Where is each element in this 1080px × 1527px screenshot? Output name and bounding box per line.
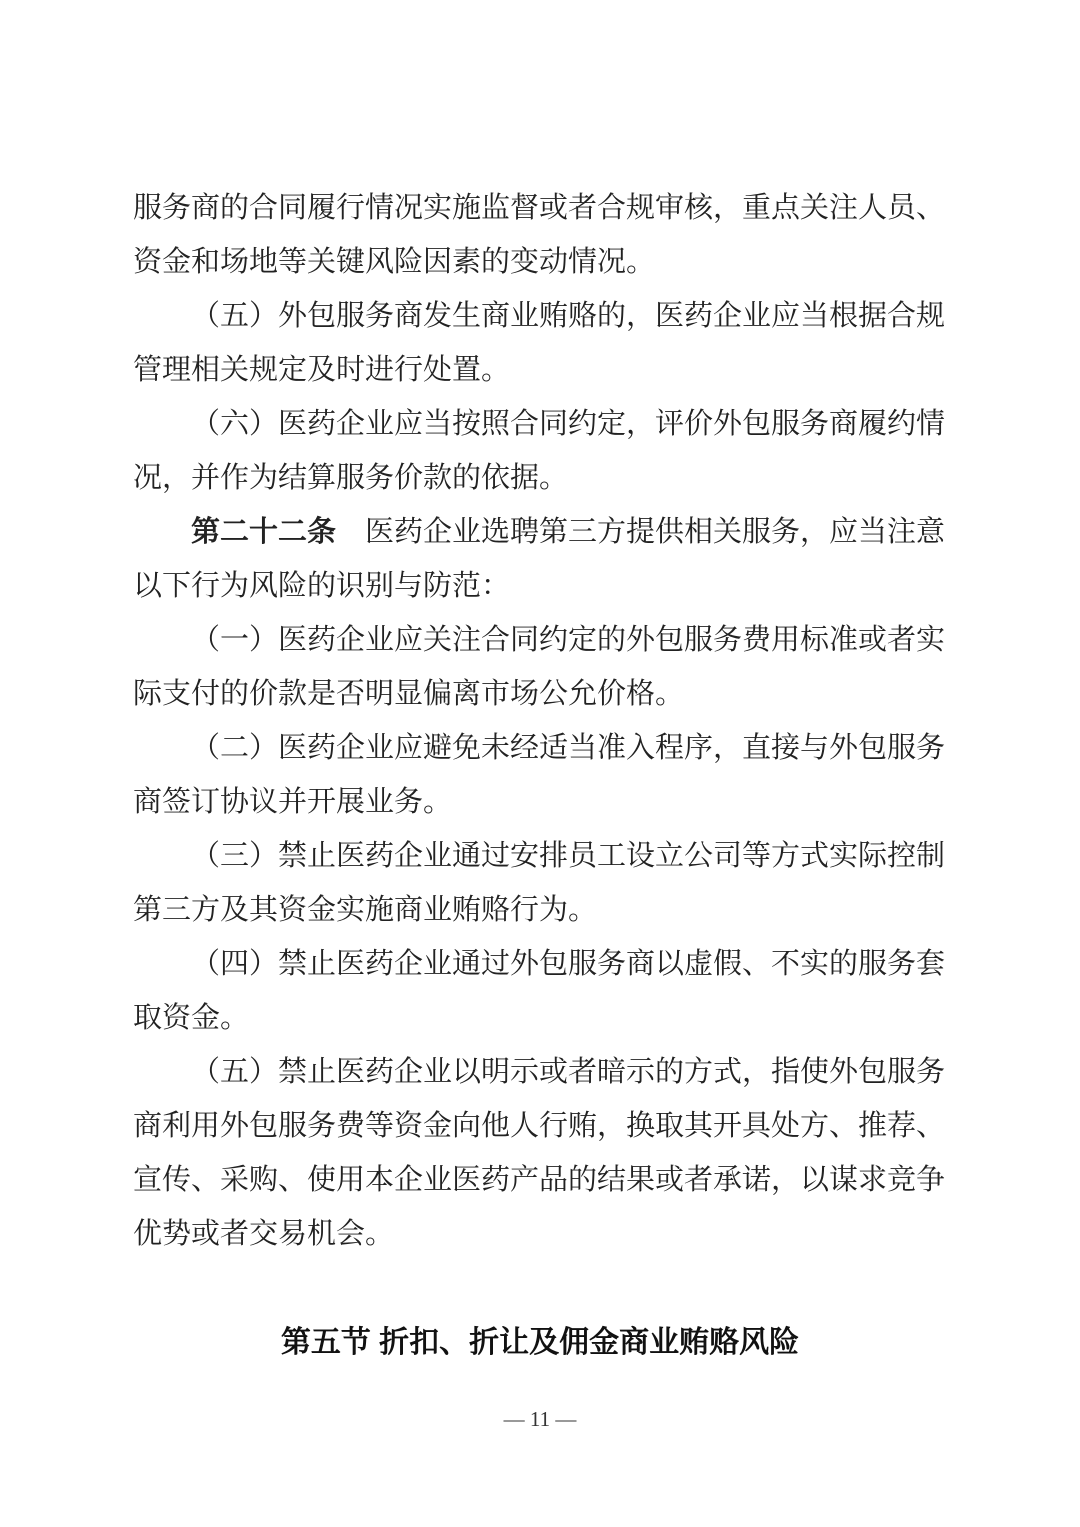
body-line-text: 资金和场地等关键风险因素的变动情况。 bbox=[133, 246, 655, 278]
body-line: 管理相关规定及时进行处置。 bbox=[133, 343, 947, 397]
body-line: （五）禁止医药企业以明示或者暗示的方式，指使外包服务 bbox=[133, 1045, 947, 1099]
body-line: （五）外包服务商发生商业贿赂的，医药企业应当根据合规 bbox=[133, 289, 947, 343]
body-line: 商签订协议并开展业务。 bbox=[133, 775, 947, 829]
body-line: 优势或者交易机会。 bbox=[133, 1207, 947, 1261]
body-line-text: 医药企业选聘第三方提供相关服务，应当注意 bbox=[365, 516, 945, 548]
body-line-text: 管理相关规定及时进行处置。 bbox=[133, 354, 510, 386]
body-line-text: 际支付的价款是否明显偏离市场公允价格。 bbox=[133, 678, 684, 710]
body-line-text: （四）禁止医药企业通过外包服务商以虚假、不实的服务套 bbox=[191, 948, 945, 980]
body-line: 况，并作为结算服务价款的依据。 bbox=[133, 451, 947, 505]
section-heading: 第五节 折扣、折让及佣金商业贿赂风险 bbox=[133, 1316, 947, 1370]
body-line-text: 商利用外包服务费等资金向他人行贿，换取其开具处方、推荐、 bbox=[133, 1110, 945, 1142]
page-number: — 11 — bbox=[0, 1404, 1080, 1434]
document-body: 服务商的合同履行情况实施监督或者合规审核，重点关注人员、 资金和场地等关键风险因… bbox=[133, 181, 947, 1370]
body-line: （六）医药企业应当按照合同约定，评价外包服务商履约情 bbox=[133, 397, 947, 451]
body-line: 商利用外包服务费等资金向他人行贿，换取其开具处方、推荐、 bbox=[133, 1099, 947, 1153]
body-line: （一）医药企业应关注合同约定的外包服务费用标准或者实 bbox=[133, 613, 947, 667]
body-line-text: 第三方及其资金实施商业贿赂行为。 bbox=[133, 894, 597, 926]
body-line: 第二十二条医药企业选聘第三方提供相关服务，应当注意 bbox=[133, 505, 947, 559]
body-line: 宣传、采购、使用本企业医药产品的结果或者承诺，以谋求竞争 bbox=[133, 1153, 947, 1207]
body-line: 资金和场地等关键风险因素的变动情况。 bbox=[133, 235, 947, 289]
article-number: 第二十二条 bbox=[191, 516, 336, 548]
body-line-text: （三）禁止医药企业通过安排员工设立公司等方式实际控制 bbox=[191, 840, 945, 872]
body-line: 以下行为风险的识别与防范： bbox=[133, 559, 947, 613]
body-line: 取资金。 bbox=[133, 991, 947, 1045]
body-line-text: 优势或者交易机会。 bbox=[133, 1218, 394, 1250]
body-line-text: 取资金。 bbox=[133, 1002, 249, 1034]
body-line-text: 服务商的合同履行情况实施监督或者合规审核，重点关注人员、 bbox=[133, 192, 945, 224]
body-line-text: （五）禁止医药企业以明示或者暗示的方式，指使外包服务 bbox=[191, 1056, 945, 1088]
body-line-text: （五）外包服务商发生商业贿赂的，医药企业应当根据合规 bbox=[191, 300, 945, 332]
body-line: （三）禁止医药企业通过安排员工设立公司等方式实际控制 bbox=[133, 829, 947, 883]
body-line-text: （二）医药企业应避免未经适当准入程序，直接与外包服务 bbox=[191, 732, 945, 764]
body-line: （四）禁止医药企业通过外包服务商以虚假、不实的服务套 bbox=[133, 937, 947, 991]
body-line-text: 宣传、采购、使用本企业医药产品的结果或者承诺，以谋求竞争 bbox=[133, 1164, 945, 1196]
body-line: 服务商的合同履行情况实施监督或者合规审核，重点关注人员、 bbox=[133, 181, 947, 235]
body-line: 第三方及其资金实施商业贿赂行为。 bbox=[133, 883, 947, 937]
body-line: 际支付的价款是否明显偏离市场公允价格。 bbox=[133, 667, 947, 721]
body-line-text: 商签订协议并开展业务。 bbox=[133, 786, 452, 818]
body-line-text: （一）医药企业应关注合同约定的外包服务费用标准或者实 bbox=[191, 624, 945, 656]
body-line: （二）医药企业应避免未经适当准入程序，直接与外包服务 bbox=[133, 721, 947, 775]
body-line-text: 以下行为风险的识别与防范： bbox=[133, 570, 510, 602]
body-line-text: 况，并作为结算服务价款的依据。 bbox=[133, 462, 568, 494]
document-page: 服务商的合同履行情况实施监督或者合规审核，重点关注人员、 资金和场地等关键风险因… bbox=[0, 0, 1080, 1527]
body-line-text: （六）医药企业应当按照合同约定，评价外包服务商履约情 bbox=[191, 408, 945, 440]
